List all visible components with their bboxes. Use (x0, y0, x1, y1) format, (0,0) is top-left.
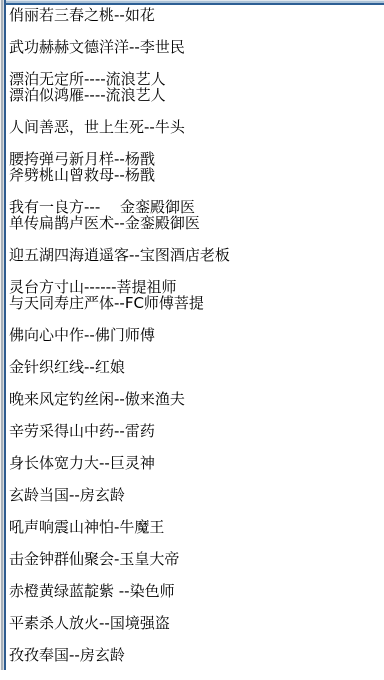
riddle-group: 金针织红线--红娘 (9, 359, 383, 375)
riddle-group: 吼声响震山神怕-牛魔王 (9, 519, 383, 535)
riddle-line: 漂泊似鸿雁----流浪艺人 (9, 87, 383, 103)
riddle-line: 吼声响震山神怕-牛魔王 (9, 519, 383, 535)
riddle-group: 人间善恶，世上生死--牛头 (9, 119, 383, 135)
riddle-group: 佛向心中作--佛门师傅 (9, 327, 383, 343)
riddle-line: 孜孜奉国--房玄龄 (9, 647, 383, 663)
riddle-line: 身长体宽力大--巨灵神 (9, 455, 383, 471)
riddle-group: 我有一良方--- 金銮殿御医单传扁鹊卢医术--金銮殿御医 (9, 199, 383, 231)
riddle-line: 斧劈桃山曾救母--杨戬 (9, 167, 383, 183)
riddle-group: 孜孜奉国--房玄龄 (9, 647, 383, 663)
riddle-line: 赤橙黄绿蓝靛紫 --染色师 (9, 583, 383, 599)
riddle-group: 漂泊无定所----流浪艺人漂泊似鸿雁----流浪艺人 (9, 71, 383, 103)
riddle-line: 漂泊无定所----流浪艺人 (9, 71, 383, 87)
riddle-line: 玄龄当国--房玄龄 (9, 487, 383, 503)
riddle-line: 武功赫赫文德洋洋--李世民 (9, 39, 383, 55)
riddle-line: 晚来风定钓丝闲--傲来渔夫 (9, 391, 383, 407)
riddle-group: 俏丽若三春之桃--如花 (9, 7, 383, 23)
riddle-group: 腰挎弹弓新月样--杨戬斧劈桃山曾救母--杨戬 (9, 151, 383, 183)
riddle-group: 玄龄当国--房玄龄 (9, 487, 383, 503)
riddle-line: 我有一良方--- 金銮殿御医 (9, 199, 383, 215)
riddle-line: 迎五湖四海逍遥客--宝图酒店老板 (9, 247, 383, 263)
riddle-group: 灵台方寸山------菩提祖师与天同寿庄严体--FC师傅菩提 (9, 279, 383, 311)
riddle-group: 辛劳采得山中药--雷药 (9, 423, 383, 439)
riddle-line: 金针织红线--红娘 (9, 359, 383, 375)
riddle-line: 单传扁鹊卢医术--金銮殿御医 (9, 215, 383, 231)
riddle-group: 晚来风定钓丝闲--傲来渔夫 (9, 391, 383, 407)
riddle-answer-list: 俏丽若三春之桃--如花武功赫赫文德洋洋--李世民漂泊无定所----流浪艺人漂泊似… (6, 5, 383, 663)
riddle-line: 击金钟群仙聚会-玉皇大帝 (9, 551, 383, 567)
riddle-group: 平素杀人放火--国境强盗 (9, 615, 383, 631)
riddle-line: 平素杀人放火--国境强盗 (9, 615, 383, 631)
riddle-group: 身长体宽力大--巨灵神 (9, 455, 383, 471)
riddle-line: 灵台方寸山------菩提祖师 (9, 279, 383, 295)
riddle-group: 赤橙黄绿蓝靛紫 --染色师 (9, 583, 383, 599)
riddle-line: 辛劳采得山中药--雷药 (9, 423, 383, 439)
riddle-group: 武功赫赫文德洋洋--李世民 (9, 39, 383, 55)
riddle-group: 击金钟群仙聚会-玉皇大帝 (9, 551, 383, 567)
riddle-line: 俏丽若三春之桃--如花 (9, 7, 383, 23)
riddle-line: 与天同寿庄严体--FC师傅菩提 (9, 295, 383, 311)
riddle-line: 腰挎弹弓新月样--杨戬 (9, 151, 383, 167)
riddle-line: 佛向心中作--佛门师傅 (9, 327, 383, 343)
riddle-group: 迎五湖四海逍遥客--宝图酒店老板 (9, 247, 383, 263)
riddle-line: 人间善恶，世上生死--牛头 (9, 119, 383, 135)
